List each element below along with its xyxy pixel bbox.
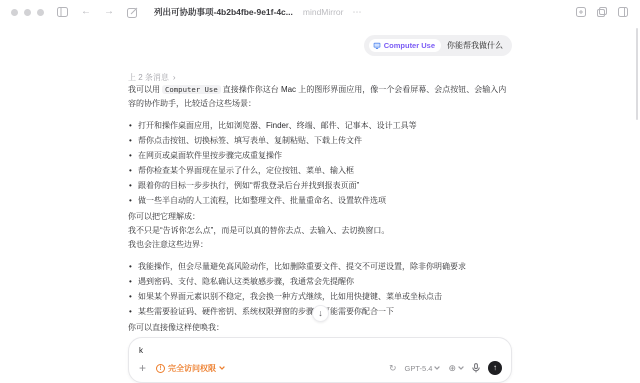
model-selector[interactable]: GPT-5.4 [405,364,441,373]
list-item: 做一些半自动的人工流程，比如整理文件、批量重命名、设置软件选项 [128,195,512,207]
window-controls [11,9,44,16]
list-item: 帮你检查某个界面现在显示了什么，定位按钮、菜单、输入框 [128,165,512,177]
composer-right-tools: ↻ GPT-5.4 ⊕ ↑ [389,361,502,375]
history-icon[interactable]: ↻ [389,364,397,373]
permission-selector[interactable]: ! 完全访问权限 [156,363,225,374]
globe-icon: ⊕ [448,364,456,373]
user-message-row: Computer Use 你能帮我做什么 [128,35,512,56]
user-message-bubble: Computer Use 你能帮我做什么 [364,35,512,56]
list-item: 打开和操作桌面应用，比如浏览器、Finder、终端、邮件、记事本、设计工具等 [128,120,512,132]
scroll-to-bottom-button[interactable]: ↓ [312,305,329,322]
title-more-menu[interactable]: ⋯ [353,7,363,18]
scenario-list: 打开和操作桌面应用，比如浏览器、Finder、终端、邮件、记事本、设计工具等 帮… [128,120,512,207]
understand-title: 你可以把它理解成： [128,210,512,224]
titlebar: ← → 列出可协助事项-4b2b4fbe-9e1f-4c... mindMirr… [0,0,640,24]
language-selector[interactable]: ⊕ [448,364,464,373]
download-icon[interactable] [576,7,586,17]
boundaries-title: 我也会注意这些边界： [128,238,512,252]
close-window-button[interactable] [11,9,18,16]
mic-icon[interactable] [472,363,480,373]
usage-title: 你可以直接像这样使唤我： [128,321,512,335]
message-input[interactable]: k [139,346,501,356]
history-link-label: 上 2 条消息 [128,72,169,83]
intro-paragraph: 我可以用Computer Use直接操作你这台 Mac 上的图形界面应用，像一个… [128,83,512,111]
app-name: mindMirror [303,7,344,17]
list-item: 遇到密码、支付、隐私确认这类敏感步骤，我通常会先提醒你 [128,276,512,288]
back-button[interactable]: ← [81,7,91,17]
arrow-up-icon: ↑ [493,364,497,372]
chevron-down-icon [458,366,464,370]
scrollbar[interactable] [636,28,638,120]
warning-icon: ! [156,364,165,373]
attach-button[interactable]: + [139,362,146,374]
send-button[interactable]: ↑ [488,361,502,375]
sidebar-right-icon[interactable] [618,7,628,17]
list-item: 跟着你的目标一步步执行，例如“帮我登录后台并找到报表页面” [128,180,512,192]
copy-icon[interactable] [597,7,607,17]
chevron-down-icon [434,366,440,370]
sidebar-toggle-icon[interactable] [57,7,68,17]
list-item: 在网页或桌面软件里按步骤完成重复操作 [128,150,512,162]
composer: k + ! 完全访问权限 ↻ GPT-5.4 ⊕ [128,337,512,378]
chevron-down-icon [219,366,225,370]
computer-use-badge: Computer Use [369,39,441,52]
compose-icon[interactable] [127,7,138,18]
intro-pre: 我可以用 [128,85,160,94]
page-title: 列出可协助事项-4b2b4fbe-9e1f-4c... [154,6,293,18]
inline-code: Computer Use [162,85,221,94]
badge-label: Computer Use [384,41,435,50]
history-link[interactable]: 上 2 条消息 › [128,72,512,83]
understand-text: 我不只是“告诉你怎么点”，而是可以真的替你去点、去输入、去切换窗口。 [128,224,512,238]
list-item: 帮你点击按钮、切换标签、填写表单、复制粘贴、下载上传文件 [128,135,512,147]
zoom-window-button[interactable] [37,9,44,16]
forward-button[interactable]: → [104,7,114,17]
chevron-right-icon: › [173,73,176,82]
list-item: 我能操作，但会尽量避免高风险动作，比如删除重要文件、提交不可逆设置，除非你明确要… [128,261,512,273]
monitor-icon [373,42,381,50]
composer-toolbar: + ! 完全访问权限 ↻ GPT-5.4 ⊕ [139,361,502,375]
chat-area: Computer Use 你能帮我做什么 上 2 条消息 › 我可以用Compu… [128,24,512,335]
arrow-down-icon: ↓ [318,309,323,318]
model-label: GPT-5.4 [405,364,433,373]
user-message-text: 你能帮我做什么 [447,40,503,51]
permission-label: 完全访问权限 [168,363,216,374]
list-item: 如果某个界面元素识别不稳定，我会换一种方式继续，比如用快捷键、菜单或坐标点击 [128,291,512,303]
minimize-window-button[interactable] [24,9,31,16]
